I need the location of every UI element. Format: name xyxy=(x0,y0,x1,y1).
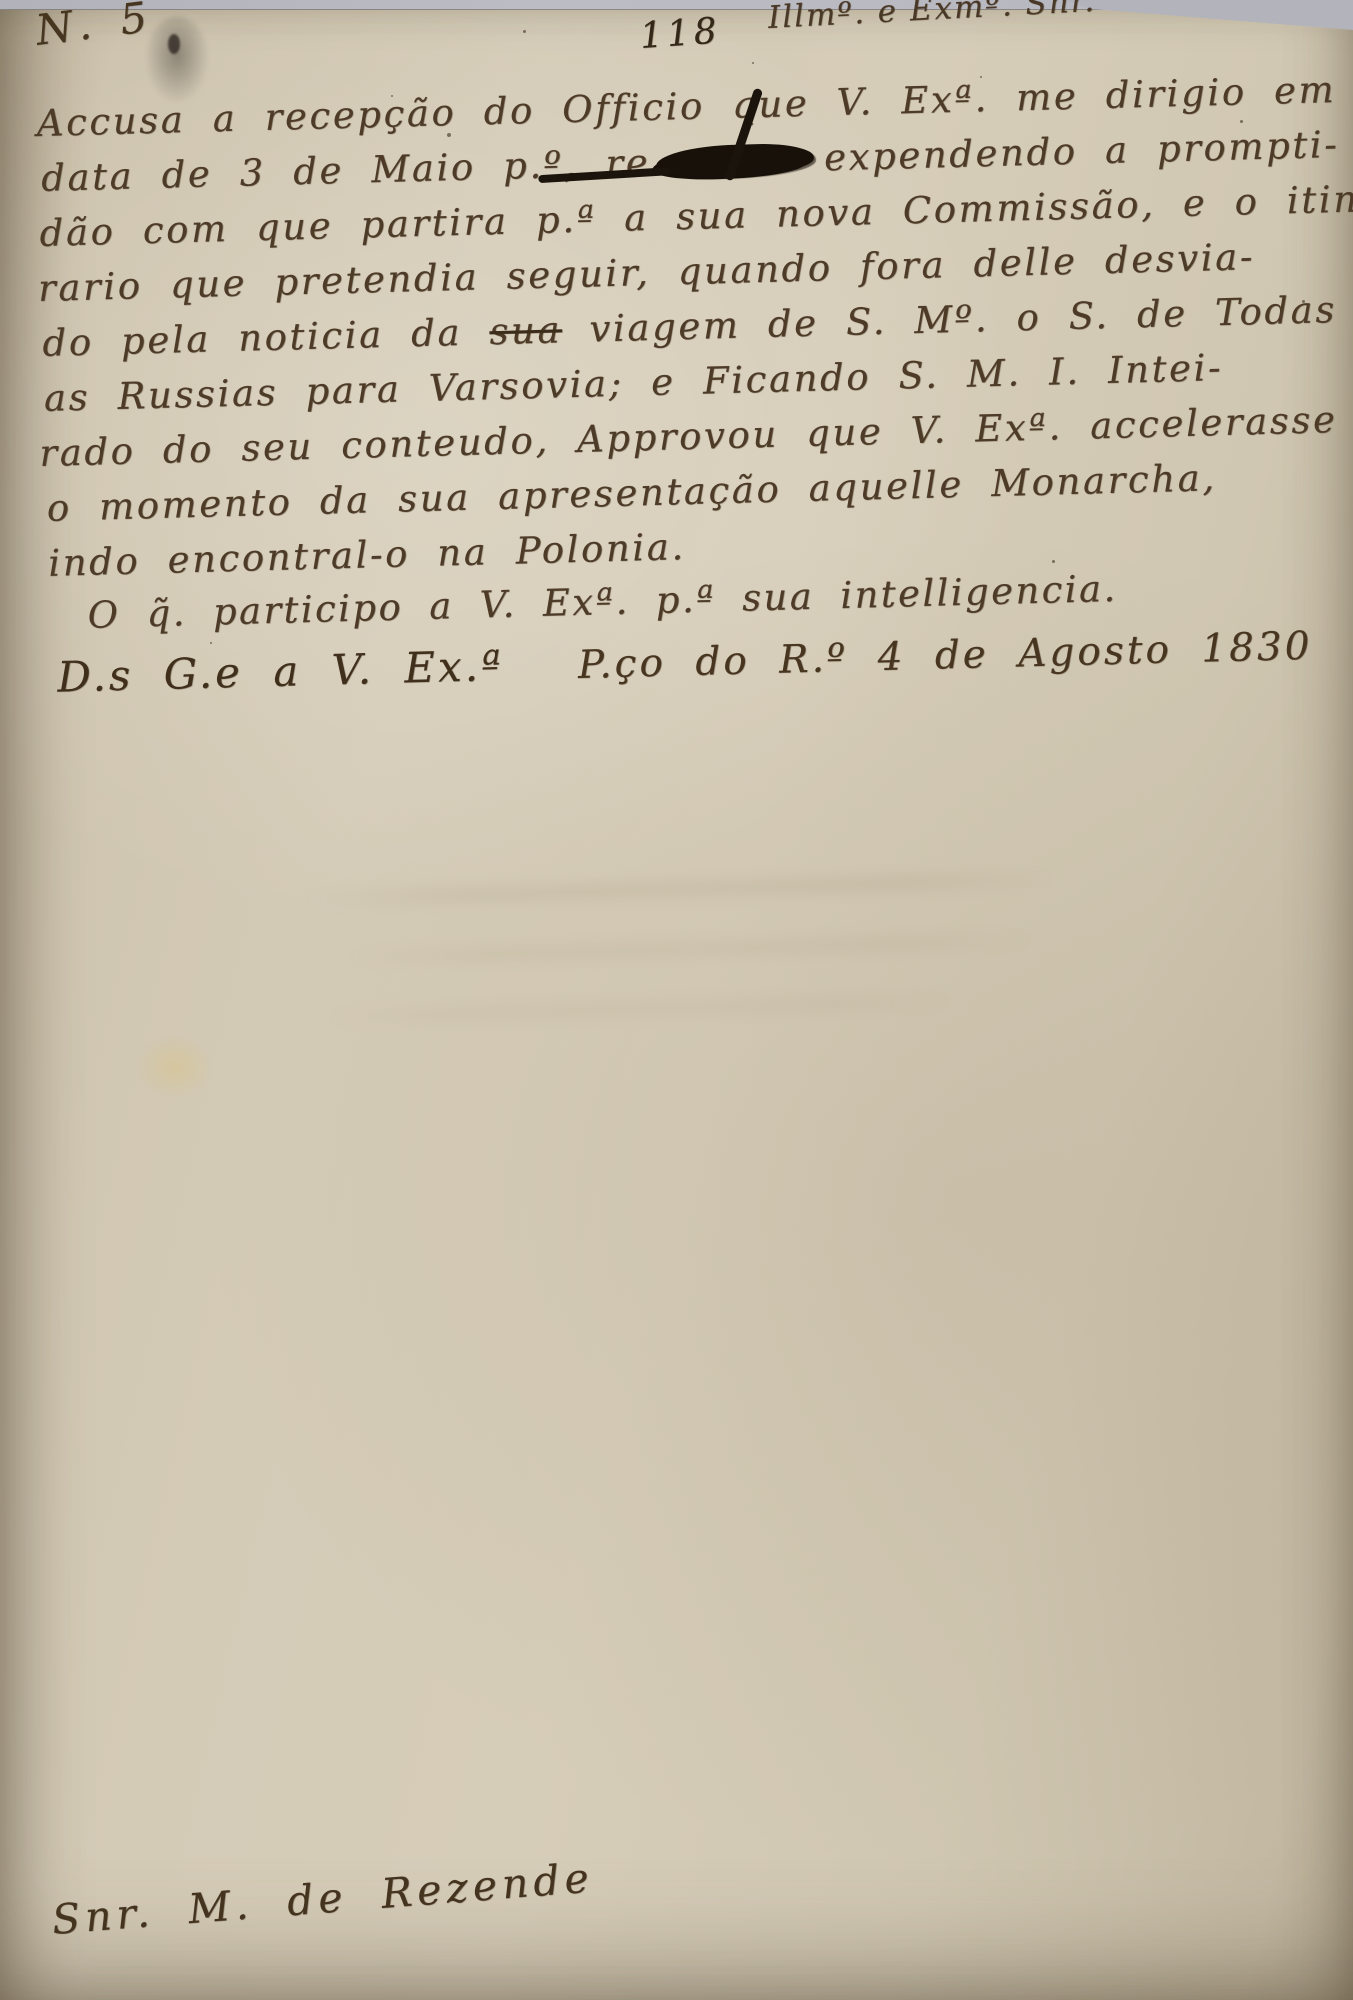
ink-smudge xyxy=(146,16,208,102)
line-text-after-blot: expendendo a prompti- xyxy=(824,123,1340,179)
page-top-right-corner xyxy=(1063,0,1353,30)
ink-speck xyxy=(752,62,754,64)
document-number: N. 5 xyxy=(33,0,158,55)
letter-body: Accusa a recepção do Officio que V. Exª.… xyxy=(36,59,1353,701)
line-text: do pela noticia da xyxy=(42,311,463,365)
ink-speck xyxy=(523,30,526,33)
manuscript-page: N. 5 118 Illmº. e Exmº. Snr. Accusa a re… xyxy=(0,0,1353,2000)
folio-number: 118 xyxy=(639,10,722,57)
addressee: Snr. M. de Rezende xyxy=(50,1853,595,1943)
salutation: Illmº. e Exmº. Snr. xyxy=(767,0,1097,36)
struck-out-word: sua xyxy=(489,308,563,353)
show-through-streak xyxy=(340,931,1040,967)
ink-blot-crossout xyxy=(656,142,815,178)
valediction: D.s G.e a V. Ex.ª xyxy=(57,641,505,702)
show-through-streak xyxy=(300,870,1060,908)
paper-stain xyxy=(140,1038,210,1096)
ink-smudge-core xyxy=(168,34,180,54)
show-through-streak xyxy=(320,992,960,1027)
line-text-before-blot: data de 3 de Maio p.º, re xyxy=(41,141,651,200)
